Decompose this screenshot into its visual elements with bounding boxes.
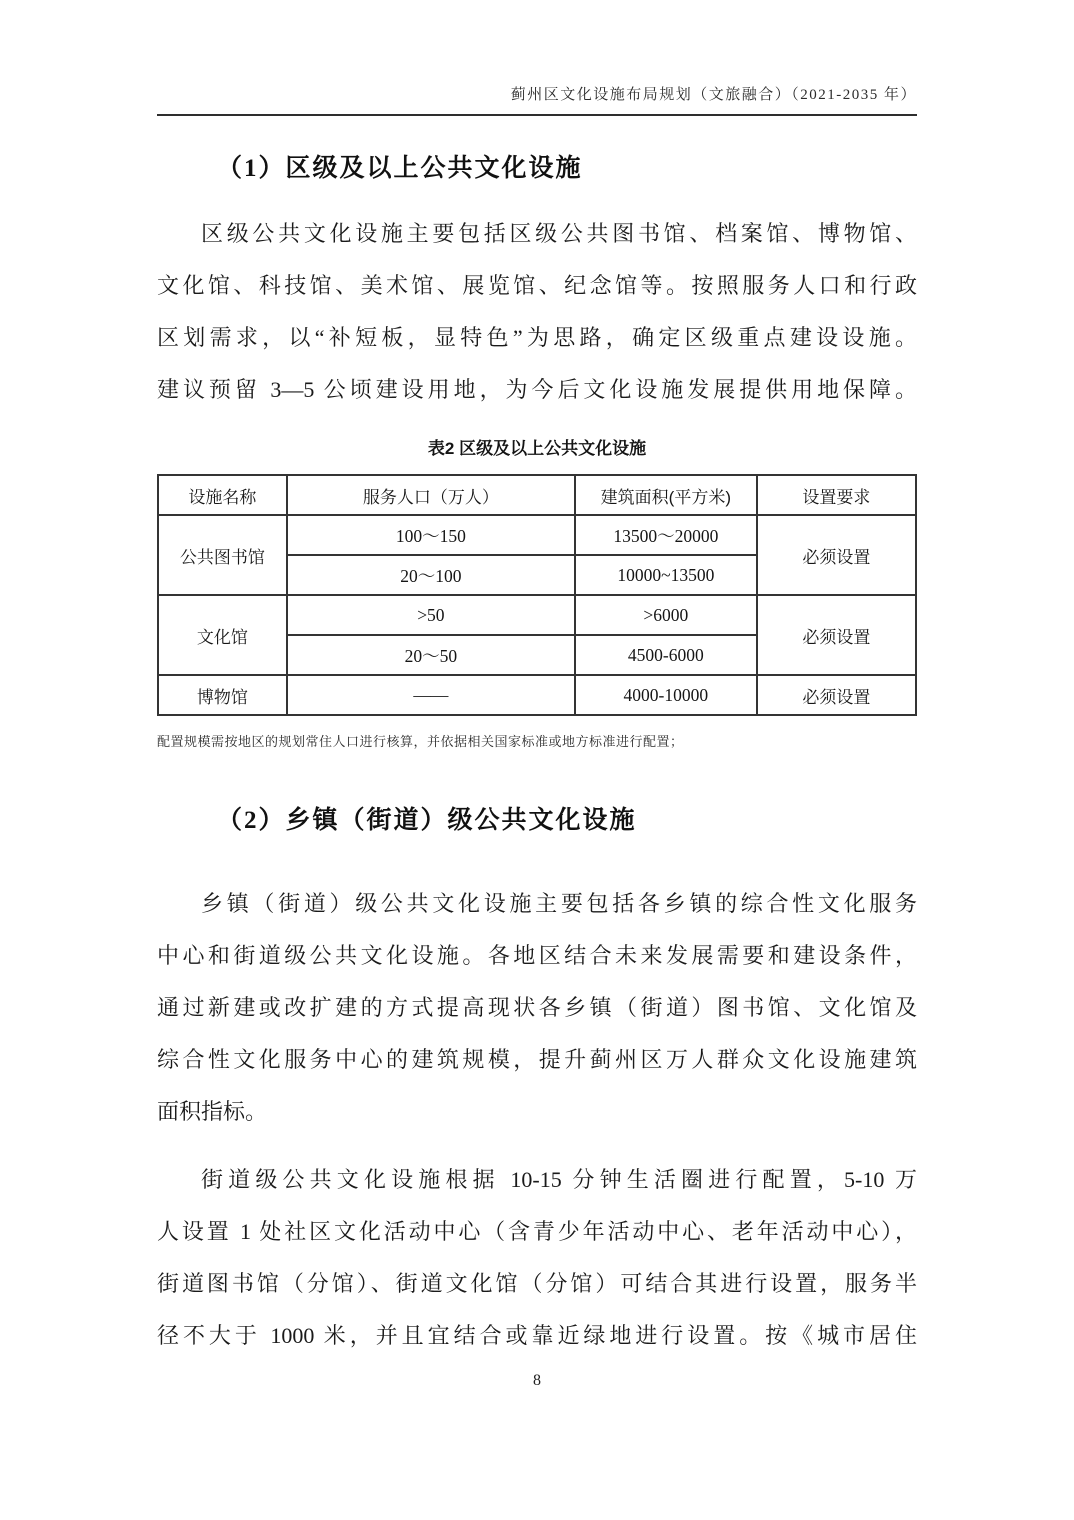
- table-caption: 表2 区级及以上公共文化设施: [157, 436, 917, 462]
- paragraph-line: 区划需求，以“补短板，显特色”为思路，确定区级重点建设设施。: [157, 312, 917, 364]
- table-cell-area: 4000-10000: [575, 675, 757, 715]
- table-header-area: 建筑面积(平方米): [575, 475, 757, 515]
- table-cell-area: 10000~13500: [575, 555, 757, 595]
- table-row: 公共图书馆 100～150 13500～20000 必须设置: [158, 515, 916, 555]
- table-cell-population: ——: [287, 675, 575, 715]
- running-header-title: 蓟州区文化设施布局规划（文旅融合）（2021-2035 年）: [511, 87, 917, 103]
- table-header-row: 设施名称 服务人口（万人） 建筑面积(平方米) 设置要求: [158, 475, 916, 515]
- section-2-paragraph-2: 街道级公共文化设施根据 10-15 分钟生活圈进行配置，5-10 万 人设置 1…: [157, 1154, 917, 1362]
- table-cell-area: 4500-6000: [575, 635, 757, 675]
- table-cell-population: >50: [287, 595, 575, 635]
- paragraph-line: 乡镇（街道）级公共文化设施主要包括各乡镇的综合性文化服务: [157, 878, 917, 930]
- table-header-population: 服务人口（万人）: [287, 475, 575, 515]
- paragraph-line: 文化馆、科技馆、美术馆、展览馆、纪念馆等。按照服务人口和行政: [157, 260, 917, 312]
- paragraph-line: 中心和街道级公共文化设施。各地区结合未来发展需要和建设条件，: [157, 930, 917, 982]
- paragraph-line: 综合性文化服务中心的建筑规模，提升蓟州区万人群众文化设施建筑: [157, 1034, 917, 1086]
- paragraph-line: 面积指标。: [157, 1086, 917, 1138]
- paragraph-line: 街道级公共文化设施根据 10-15 分钟生活圈进行配置，5-10 万: [157, 1154, 917, 1206]
- paragraph-line: 径不大于 1000 米，并且宜结合或靠近绿地进行设置。按《城市居住: [157, 1310, 917, 1362]
- paragraph-line: 区级公共文化设施主要包括区级公共图书馆、档案馆、博物馆、: [157, 208, 917, 260]
- section-1-paragraph: 区级公共文化设施主要包括区级公共图书馆、档案馆、博物馆、 文化馆、科技馆、美术馆…: [157, 208, 917, 416]
- document-page: 蓟州区文化设施布局规划（文旅融合）（2021-2035 年） （1）区级及以上公…: [0, 0, 1074, 1520]
- table-row: 文化馆 >50 >6000 必须设置: [158, 595, 916, 635]
- paragraph-line: 街道图书馆（分馆）、街道文化馆（分馆）可结合其进行设置，服务半: [157, 1258, 917, 1310]
- table-cell-requirement: 必须设置: [757, 675, 916, 715]
- section-2-heading: （2）乡镇（街道）级公共文化设施: [157, 804, 917, 838]
- table-header-requirement: 设置要求: [757, 475, 916, 515]
- table-cell-population: 100～150: [287, 515, 575, 555]
- paragraph-line: 人设置 1 处社区文化活动中心（含青少年活动中心、老年活动中心），: [157, 1206, 917, 1258]
- page-number: 8: [0, 1372, 1074, 1390]
- section-1-heading: （1）区级及以上公共文化设施: [157, 152, 917, 186]
- table-cell-facility: 公共图书馆: [158, 515, 287, 595]
- table-cell-area: >6000: [575, 595, 757, 635]
- table-cell-population: 20～50: [287, 635, 575, 675]
- table-row: 博物馆 —— 4000-10000 必须设置: [158, 675, 916, 715]
- table-cell-facility: 文化馆: [158, 595, 287, 675]
- table-footnote: 配置规模需按地区的规划常住人口进行核算，并依据相关国家标准或地方标准进行配置；: [157, 732, 917, 752]
- paragraph-line: 建议预留 3—5 公顷建设用地，为今后文化设施发展提供用地保障。: [157, 364, 917, 416]
- table-cell-population: 20～100: [287, 555, 575, 595]
- running-header: 蓟州区文化设施布局规划（文旅融合）（2021-2035 年）: [157, 84, 917, 116]
- table-cell-facility: 博物馆: [158, 675, 287, 715]
- table-header-facility: 设施名称: [158, 475, 287, 515]
- table-cell-requirement: 必须设置: [757, 595, 916, 675]
- section-2-paragraph-1: 乡镇（街道）级公共文化设施主要包括各乡镇的综合性文化服务 中心和街道级公共文化设…: [157, 878, 917, 1138]
- table-cell-area: 13500～20000: [575, 515, 757, 555]
- paragraph-line: 通过新建或改扩建的方式提高现状各乡镇（街道）图书馆、文化馆及: [157, 982, 917, 1034]
- facilities-table: 设施名称 服务人口（万人） 建筑面积(平方米) 设置要求 公共图书馆 100～1…: [157, 474, 917, 716]
- table-cell-requirement: 必须设置: [757, 515, 916, 595]
